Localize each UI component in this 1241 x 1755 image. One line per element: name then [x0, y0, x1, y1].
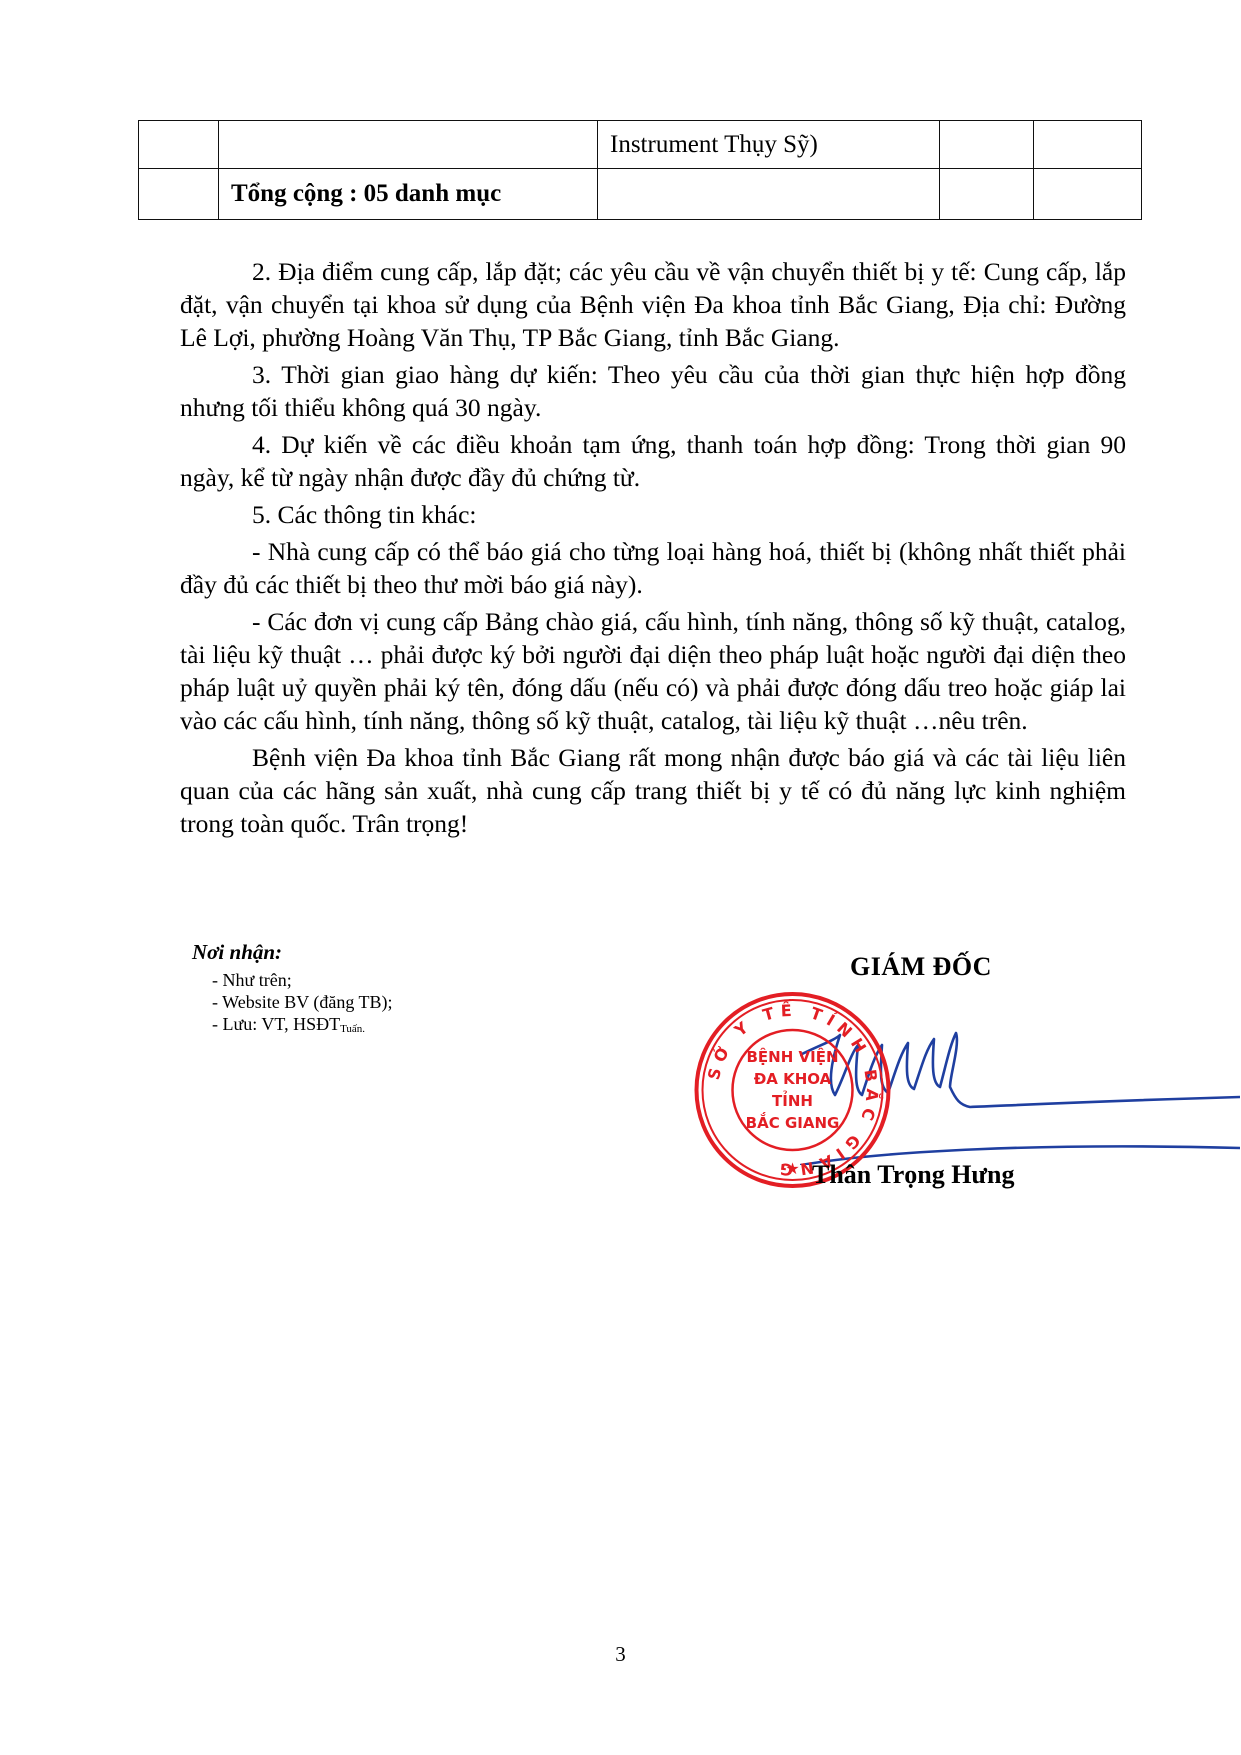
document-body: 2. Địa điểm cung cấp, lắp đặt; các yêu c…: [180, 255, 1126, 844]
total-label: Tổng cộng : 05 danh mục: [219, 169, 598, 220]
paragraph-delivery-time: 3. Thời gian giao hàng dự kiến: Theo yêu…: [180, 358, 1126, 424]
recipient-item: - Như trên;: [192, 969, 393, 991]
paragraph-closing: Bệnh viện Đa khoa tỉnh Bắc Giang rất mon…: [180, 741, 1126, 840]
svg-text:BỆNH VIỆN: BỆNH VIỆN: [747, 1046, 839, 1066]
items-table: Instrument Thụy Sỹ) Tổng cộng : 05 danh …: [138, 120, 1142, 220]
recipients-block: Nơi nhận: - Như trên; - Website BV (đăng…: [192, 940, 393, 1040]
page-number: 3: [0, 1642, 1241, 1667]
recipient-subscript: Tuấn.: [340, 1023, 365, 1035]
table-cell: [219, 121, 598, 169]
paragraph-delivery-location: 2. Địa điểm cung cấp, lắp đặt; các yêu c…: [180, 255, 1126, 354]
table-cell: [1034, 121, 1142, 169]
signature-title: GIÁM ĐỐC: [850, 952, 992, 982]
table-cell: [139, 169, 219, 220]
table-cell: [139, 121, 219, 169]
table-total-row: Tổng cộng : 05 danh mục: [139, 169, 1142, 220]
signer-name: Thân Trọng Hưng: [812, 1160, 1015, 1190]
recipient-item: - Website BV (đăng TB);: [192, 991, 393, 1013]
table-cell: [940, 121, 1034, 169]
paragraph-payment-terms: 4. Dự kiến về các điều khoản tạm ứng, th…: [180, 428, 1126, 494]
svg-text:TỈNH: TỈNH: [772, 1089, 813, 1110]
table-row: Instrument Thụy Sỹ): [139, 121, 1142, 169]
svg-text:ĐA KHOA: ĐA KHOA: [754, 1070, 832, 1088]
paragraph-other-info: 5. Các thông tin khác:: [180, 498, 1126, 531]
svg-text:★: ★: [785, 1159, 799, 1178]
table-cell: [1034, 169, 1142, 220]
recipient-item: - Lưu: VT, HSĐTTuấn.: [192, 1013, 393, 1040]
recipients-title: Nơi nhận:: [192, 940, 393, 965]
table-cell: Instrument Thụy Sỹ): [598, 121, 940, 169]
recipient-item-text: - Lưu: VT, HSĐT: [212, 1014, 340, 1034]
paragraph-quote-per-item: - Nhà cung cấp có thể báo giá cho từng l…: [180, 535, 1126, 601]
paragraph-signing-requirements: - Các đơn vị cung cấp Bảng chào giá, cấu…: [180, 605, 1126, 737]
svg-text:BẮC GIANG: BẮC GIANG: [746, 1111, 840, 1132]
table-cell: [940, 169, 1034, 220]
document-page: Instrument Thụy Sỹ) Tổng cộng : 05 danh …: [0, 0, 1241, 1755]
table-cell: [598, 169, 940, 220]
